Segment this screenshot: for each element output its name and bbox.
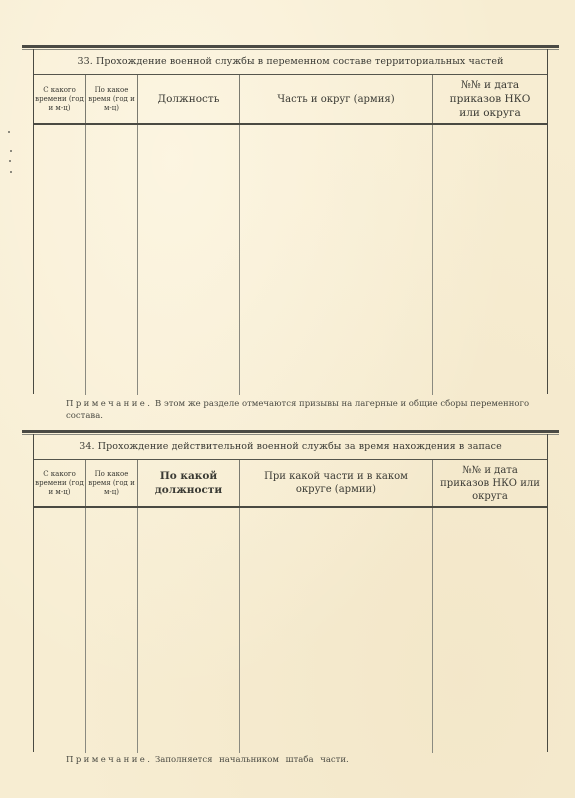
section33-header-row: С какого времени (год и м-ц) По какое вр… [34, 75, 547, 125]
section34-top-rule [22, 430, 559, 433]
margin-mark [9, 160, 11, 162]
section33-entry-area [34, 125, 547, 395]
col-header-order: №№ и дата приказов НКО или округа [433, 75, 547, 123]
section34-table: 34. Прохождение действительной военной с… [33, 434, 548, 752]
section34-title: 34. Прохождение действительной военной с… [34, 434, 547, 460]
cell-order[interactable] [433, 125, 547, 395]
cell-to[interactable] [86, 508, 138, 753]
section34-header-row: С какого времени (год и м-ц) По какое вр… [34, 460, 547, 508]
col-header-to: По какое время (год и м-ц) [86, 75, 138, 123]
margin-mark [8, 131, 10, 133]
section34-entry-area [34, 508, 547, 753]
col-header-to: По какое время (год и м-ц) [86, 460, 138, 506]
section34-note: Примечание. Заполняется начальником штаб… [66, 754, 540, 766]
col-header-unit: Часть и округ (армия) [240, 75, 433, 123]
cell-position[interactable] [138, 125, 240, 395]
cell-from[interactable] [34, 508, 86, 753]
section33-top-rule [22, 45, 559, 48]
col-header-position: По какой должности [138, 460, 240, 506]
cell-position[interactable] [138, 508, 240, 753]
cell-to[interactable] [86, 125, 138, 395]
cell-from[interactable] [34, 125, 86, 395]
col-header-from: С какого времени (год и м-ц) [34, 460, 86, 506]
col-header-unit: При какой части и в каком округе (армии) [240, 460, 433, 506]
margin-mark [10, 171, 12, 173]
col-header-order: №№ и дата приказов НКО или округа [433, 460, 547, 506]
margin-mark [10, 150, 12, 152]
section33-note: Примечание. В этом же разделе отмечаются… [66, 398, 540, 422]
note-label: Примечание. [66, 399, 152, 409]
note-label: Примечание. [66, 755, 152, 765]
section33-title: 33. Прохождение военной службы в перемен… [34, 49, 547, 75]
col-header-from: С какого времени (год и м-ц) [34, 75, 86, 123]
cell-order[interactable] [433, 508, 547, 753]
section33-table: 33. Прохождение военной службы в перемен… [33, 49, 548, 394]
note-text: Заполняется начальником штаба части. [155, 755, 349, 765]
col-header-position: Должность [138, 75, 240, 123]
cell-unit[interactable] [240, 508, 433, 753]
cell-unit[interactable] [240, 125, 433, 395]
